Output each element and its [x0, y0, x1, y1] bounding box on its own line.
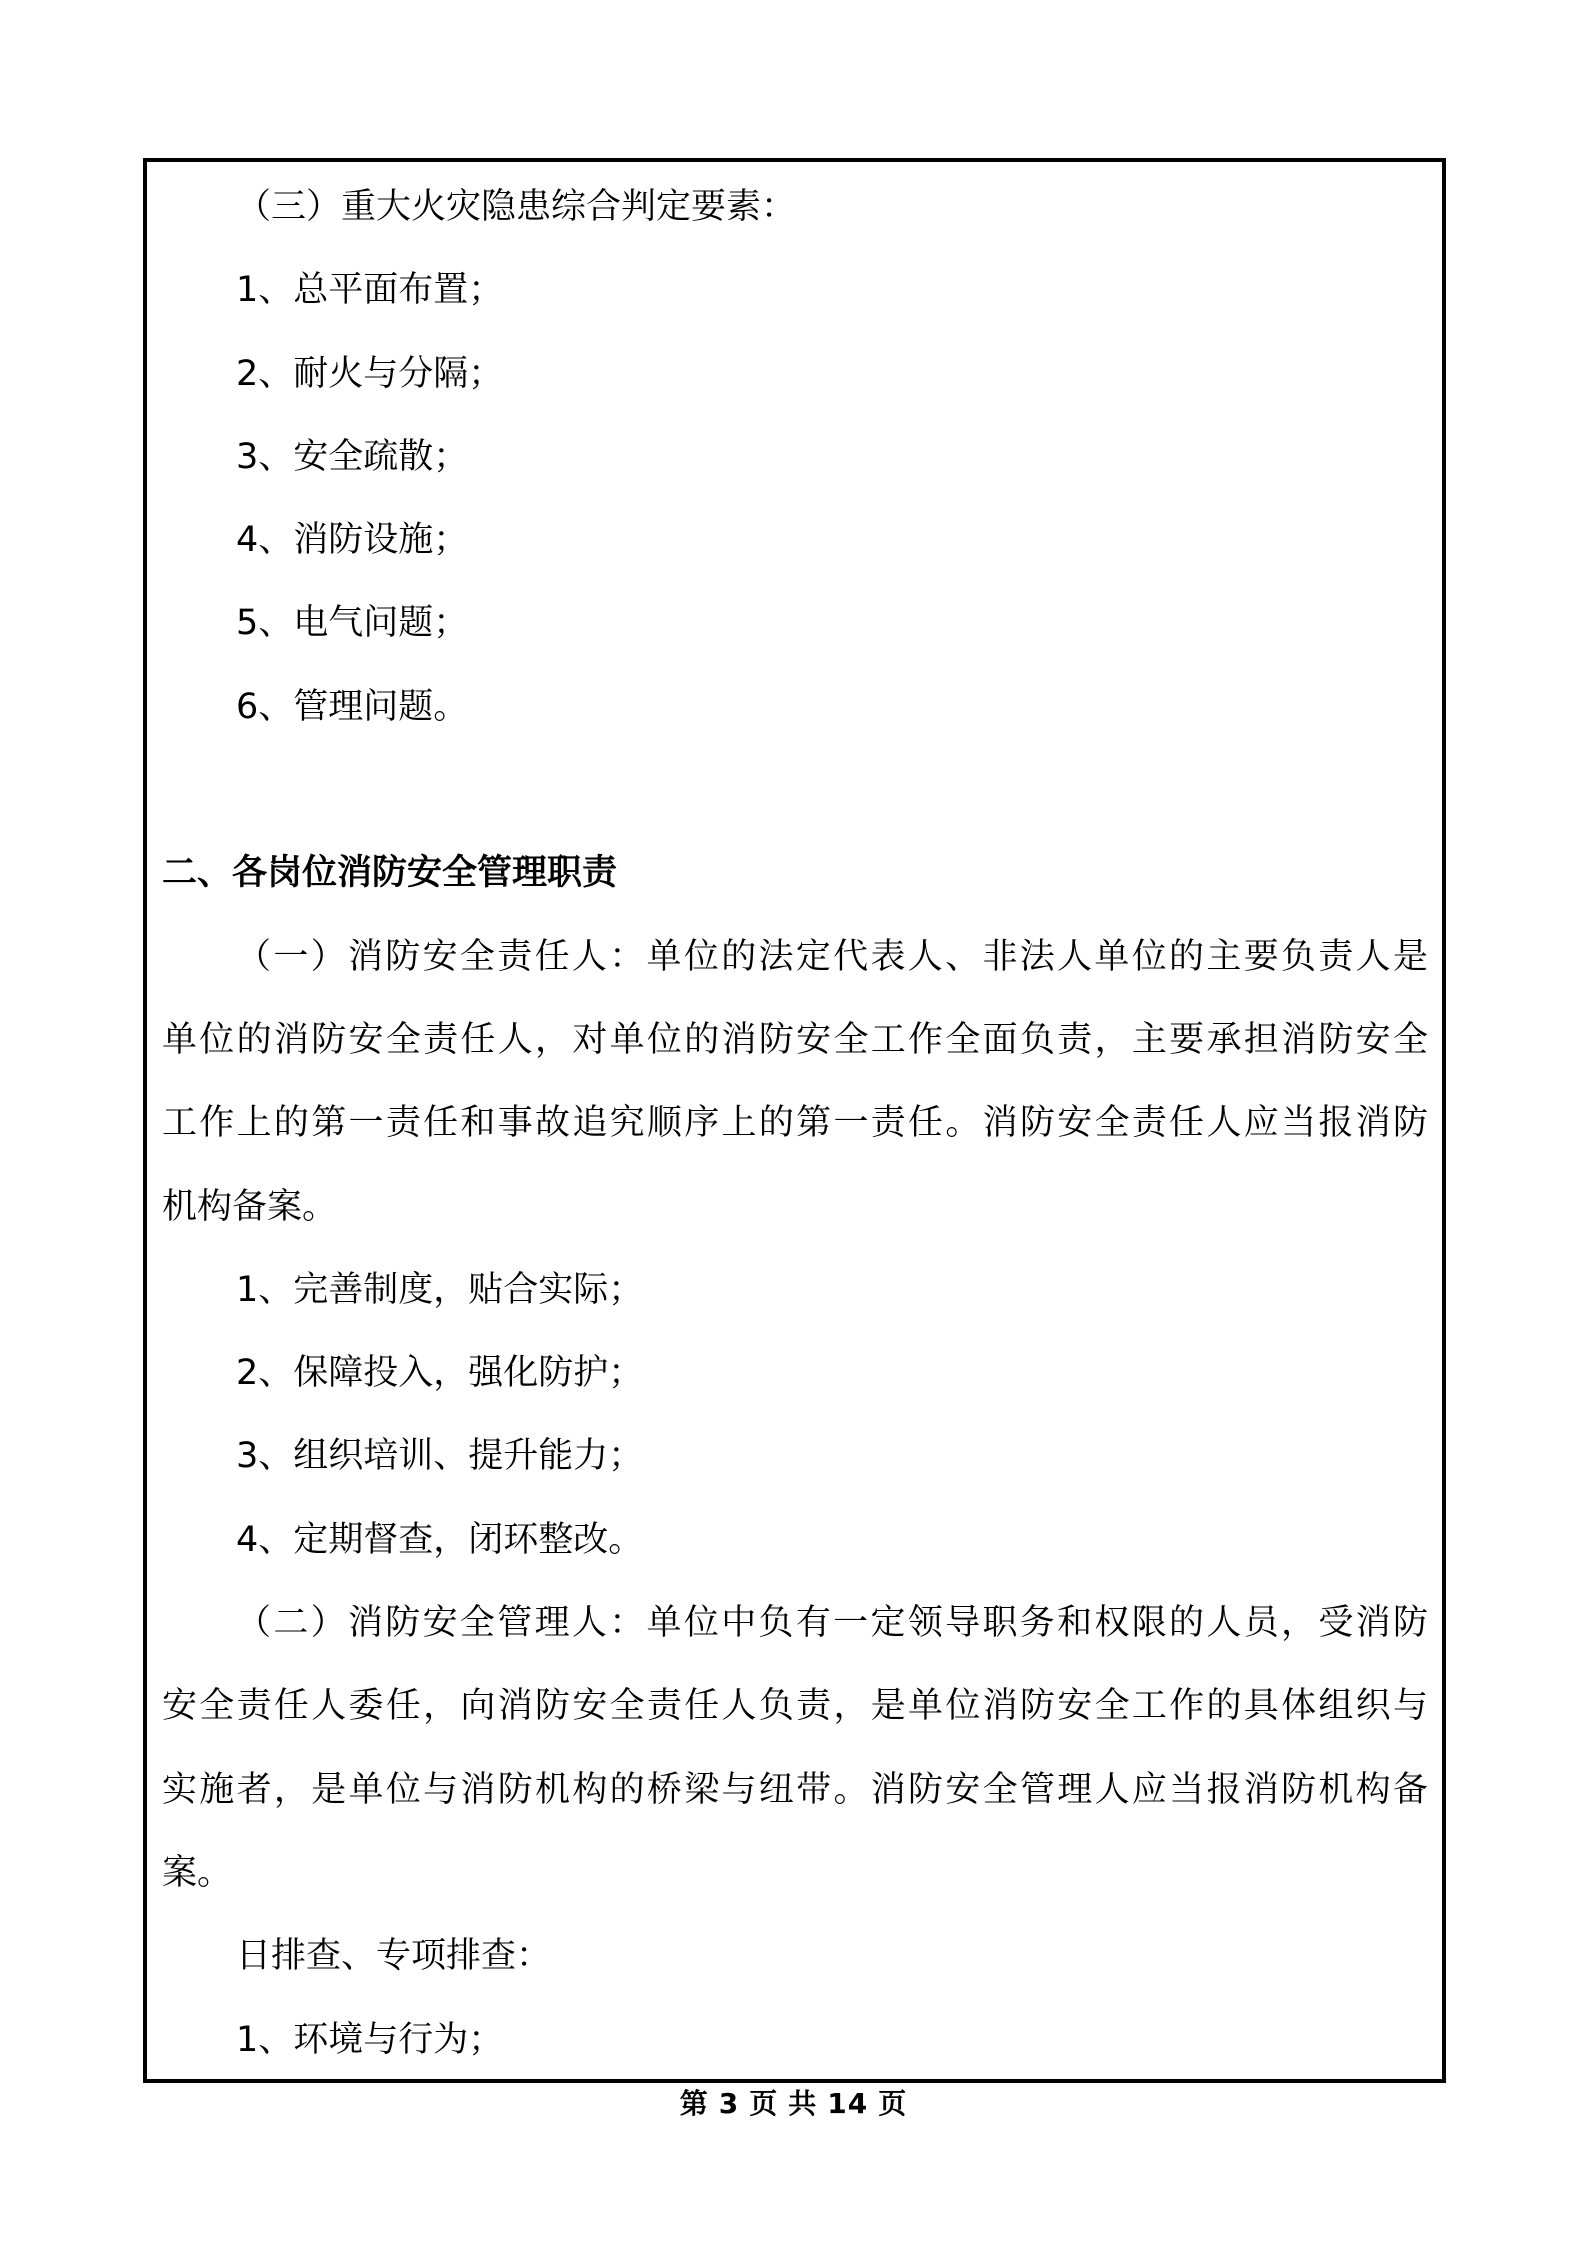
- inspection-title: 日排查、专项排查：: [162, 1915, 1428, 1998]
- paragraph-line: 实施者，是单位与消防机构的桥梁与纽带。消防安全管理人应当报消防机构备: [162, 1749, 1428, 1832]
- list-item: 3、组织培训、提升能力；: [162, 1415, 1428, 1498]
- paragraph-line: （一）消防安全责任人：单位的法定代表人、非法人单位的主要负责人是: [162, 916, 1428, 999]
- footer-page-word: 页: [749, 2087, 778, 2120]
- list-item: 1、完善制度，贴合实际；: [162, 1249, 1428, 1332]
- list-item: 1、环境与行为；: [162, 1999, 1428, 2082]
- document-body: （三）重大火灾隐患综合判定要素： 1、总平面布置； 2、耐火与分隔； 3、安全疏…: [162, 166, 1428, 2082]
- blank-line: [162, 749, 1428, 832]
- list-item: 2、保障投入，强化防护；: [162, 1332, 1428, 1415]
- section-three-title: （三）重大火灾隐患综合判定要素：: [162, 166, 1428, 249]
- section-heading: 二、各岗位消防安全管理职责: [162, 832, 1428, 915]
- paragraph-line: 安全责任人委任，向消防安全责任人负责，是单位消防安全工作的具体组织与: [162, 1665, 1428, 1748]
- paragraph-line: （二）消防安全管理人：单位中负有一定领导职务和权限的人员，受消防: [162, 1582, 1428, 1665]
- list-item: 3、安全疏散；: [162, 416, 1428, 499]
- footer-total-word: 共: [788, 2087, 817, 2120]
- list-item: 5、电气问题；: [162, 582, 1428, 665]
- paragraph-line: 工作上的第一责任和事故追究顺序上的第一责任。消防安全责任人应当报消防: [162, 1082, 1428, 1165]
- list-item: 4、消防设施；: [162, 499, 1428, 582]
- paragraph-line: 案。: [162, 1832, 1428, 1915]
- list-item: 1、总平面布置；: [162, 249, 1428, 332]
- page-footer: 第3页共14页: [0, 2086, 1587, 2122]
- footer-prefix: 第: [680, 2087, 709, 2120]
- paragraph-line: 单位的消防安全责任人，对单位的消防安全工作全面负责，主要承担消防安全: [162, 999, 1428, 1082]
- footer-page-word-2: 页: [878, 2087, 907, 2120]
- current-page-number: 3: [719, 2087, 739, 2120]
- total-pages-number: 14: [827, 2087, 868, 2120]
- paragraph-line: 机构备案。: [162, 1166, 1428, 1249]
- list-item: 2、耐火与分隔；: [162, 333, 1428, 416]
- list-item: 4、定期督查，闭环整改。: [162, 1499, 1428, 1582]
- list-item: 6、管理问题。: [162, 666, 1428, 749]
